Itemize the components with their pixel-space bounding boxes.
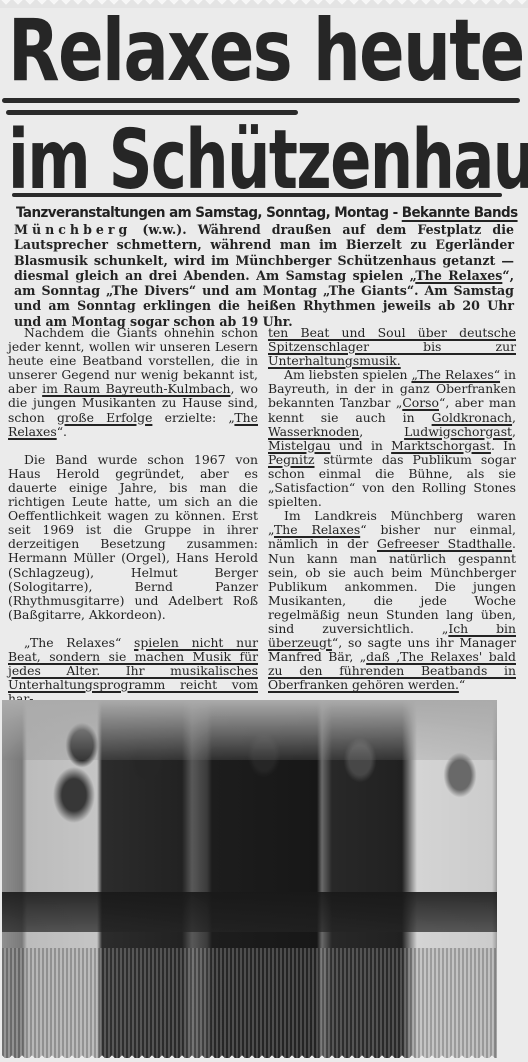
subhead-text: Tanzveranstaltungen am Samstag, Sonntag,…: [16, 205, 402, 221]
paragraph: Am liebsten spielen „The Relaxes“ in Bay…: [268, 368, 516, 509]
paragraph: ten Beat und Soul über deutsche Spitzens…: [268, 326, 516, 368]
paragraph: Im Landkreis Münchberg waren „The Relaxe…: [268, 509, 516, 692]
band-name-relaxes: The Relaxes: [415, 268, 502, 283]
subheadline: Tanzveranstaltungen am Samstag, Sonntag,…: [16, 205, 487, 221]
photo-fence: [2, 892, 497, 932]
headline-line-2: im Schützenhaus: [8, 120, 387, 202]
paragraph: Die Band wurde schon 1967 von Haus Herol…: [8, 453, 258, 622]
newspaper-clipping: Relaxes heute im Schützenhaus Tanzverans…: [0, 0, 528, 1062]
lead-paragraph: Münchberg (w.w.). Während draußen auf de…: [14, 222, 514, 329]
paragraph: Nachdem die Giants ohnehin schon jeder k…: [8, 326, 258, 439]
headline-rule-bottom: [12, 193, 502, 197]
torn-edge-bottom: [2, 1052, 497, 1060]
subhead-highlight: Bekannte Bands: [402, 205, 518, 221]
dateline-place: Münchberg: [14, 222, 131, 237]
band-photo: [2, 700, 497, 1058]
left-column: Nachdem die Giants ohnehin schon jeder k…: [8, 326, 258, 706]
headline-line-1: Relaxes heute: [8, 8, 407, 94]
headline-rule-long: [2, 98, 520, 103]
right-column: ten Beat und Soul über deutsche Spitzens…: [268, 326, 516, 692]
paragraph: „The Relaxes“ spielen nicht nur Beat, so…: [8, 636, 258, 706]
